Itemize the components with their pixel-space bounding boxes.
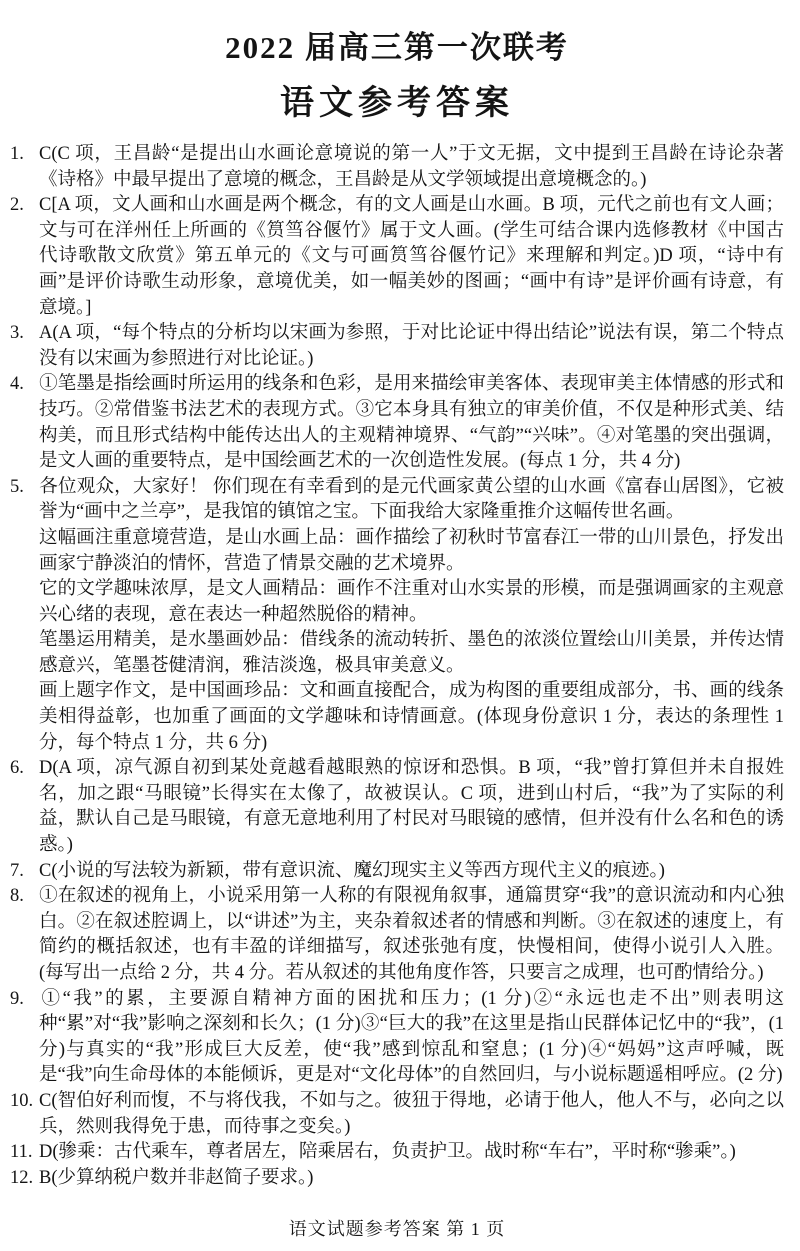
item-paragraph: 它的文学趣味浓厚，是文人画精品：画作不注重对山水实景的形模，而是强调画家的主观意… [10,577,784,628]
page-subtitle: 语文参考答案 [10,75,784,124]
item-text: D(骖乘：古代乘车，尊者居左，陪乘居右，负责护卫。战时称“车右”，平时称“骖乘”… [39,1142,736,1162]
item-number: 11. [10,1140,39,1166]
item-number: 10. [10,1089,39,1115]
answer-item-6: 6.D(A 项，凉气源自初到某处竟越看越眼熟的惊讶和恐惧。B 项，“我”曾打算但… [10,756,784,858]
answer-item-5: 5.各位观众，大家好！ 你们现在有幸看到的是元代画家黄公望的山水画《富春山居图》… [10,475,784,757]
page-footer: 语文试题参考答案 第 1 页 [10,1215,784,1241]
item-number: 5. [10,475,39,501]
item-number: 12. [10,1166,39,1192]
answer-item-8: 8.①在叙述的视角上，小说采用第一人称的有限视角叙事，通篇贯穿“我”的意识流动和… [10,884,784,986]
item-text: C(C 项，王昌龄“是提出山水画论意境说的第一人”于文无据，文中提到王昌龄在诗论… [39,144,784,190]
item-text: C(小说的写法较为新颖，带有意识流、魔幻现实主义等西方现代主义的痕迹。) [39,861,665,881]
answer-item-7: 7.C(小说的写法较为新颖，带有意识流、魔幻现实主义等西方现代主义的痕迹。) [10,859,784,885]
item-text: ①“我”的累，主要源自精神方面的困扰和压力；(1 分)②“永远也走不出”则表明这… [39,989,784,1086]
answer-key-page: 2022 届高三第一次联考 语文参考答案 1.C(C 项，王昌龄“是提出山水画论… [0,0,800,1251]
item-text: C(智伯好利而愎，不与将伐我，不如与之。彼狃于得地，必请于他人，他人不与，必向之… [39,1091,784,1137]
item-text: B(少算纳税户数并非赵简子要求。) [39,1168,313,1188]
item-text: C[A 项，文人画和山水画是两个概念，有的文人画是山水画。B 项，元代之前也有文… [39,195,784,317]
item-number: 7. [10,859,39,885]
item-text: D(A 项，凉气源自初到某处竟越看越眼熟的惊讶和恐惧。B 项，“我”曾打算但并未… [39,758,784,855]
answer-item-12: 12.B(少算纳税户数并非赵简子要求。) [10,1166,784,1192]
item-number: 2. [10,193,39,219]
item-paragraph: 笔墨运用精美，是水墨画妙品：借线条的流动转折、墨色的浓淡位置绘山川美景，并传达情… [10,628,784,679]
item-number: 4. [10,372,39,398]
item-paragraph: 画上题字作文，是中国画珍品：文和画直接配合，成为构图的重要组成部分，书、画的线条… [10,679,784,756]
item-paragraph: 这幅画注重意境营造，是山水画上品：画作描绘了初秋时节富春江一带的山川景色，抒发出… [10,526,784,577]
answer-item-10: 10.C(智伯好利而愎，不与将伐我，不如与之。彼狃于得地，必请于他人，他人不与，… [10,1089,784,1140]
item-number: 6. [10,756,39,782]
item-number: 8. [10,884,39,910]
answers-list: 1.C(C 项，王昌龄“是提出山水画论意境说的第一人”于文无据，文中提到王昌龄在… [10,142,784,1191]
item-number: 9. [10,987,39,1013]
item-number: 3. [10,321,39,347]
answer-item-4: 4.①笔墨是指绘画时所运用的线条和色彩，是用来描绘审美客体、表现审美主体情感的形… [10,372,784,474]
answer-item-9: 9.①“我”的累，主要源自精神方面的困扰和压力；(1 分)②“永远也走不出”则表… [10,987,784,1089]
item-text: A(A 项，“每个特点的分析均以宋画为参照，于对比论证中得出结论”说法有误，第二… [39,323,784,369]
answer-item-3: 3.A(A 项，“每个特点的分析均以宋画为参照，于对比论证中得出结论”说法有误，… [10,321,784,372]
item-number: 1. [10,142,39,168]
answer-item-1: 1.C(C 项，王昌龄“是提出山水画论意境说的第一人”于文无据，文中提到王昌龄在… [10,142,784,193]
item-text: ①在叙述的视角上，小说采用第一人称的有限视角叙事，通篇贯穿“我”的意识流动和内心… [39,886,784,983]
answer-item-11: 11.D(骖乘：古代乘车，尊者居左，陪乘居右，负责护卫。战时称“车右”，平时称“… [10,1140,784,1166]
item-text: 各位观众，大家好！ 你们现在有幸看到的是元代画家黄公望的山水画《富春山居图》，它… [39,477,784,523]
page-title: 2022 届高三第一次联考 [10,22,784,67]
answer-item-2: 2.C[A 项，文人画和山水画是两个概念，有的文人画是山水画。B 项，元代之前也… [10,193,784,321]
item-text: ①笔墨是指绘画时所运用的线条和色彩，是用来描绘审美客体、表现审美主体情感的形式和… [39,374,784,471]
